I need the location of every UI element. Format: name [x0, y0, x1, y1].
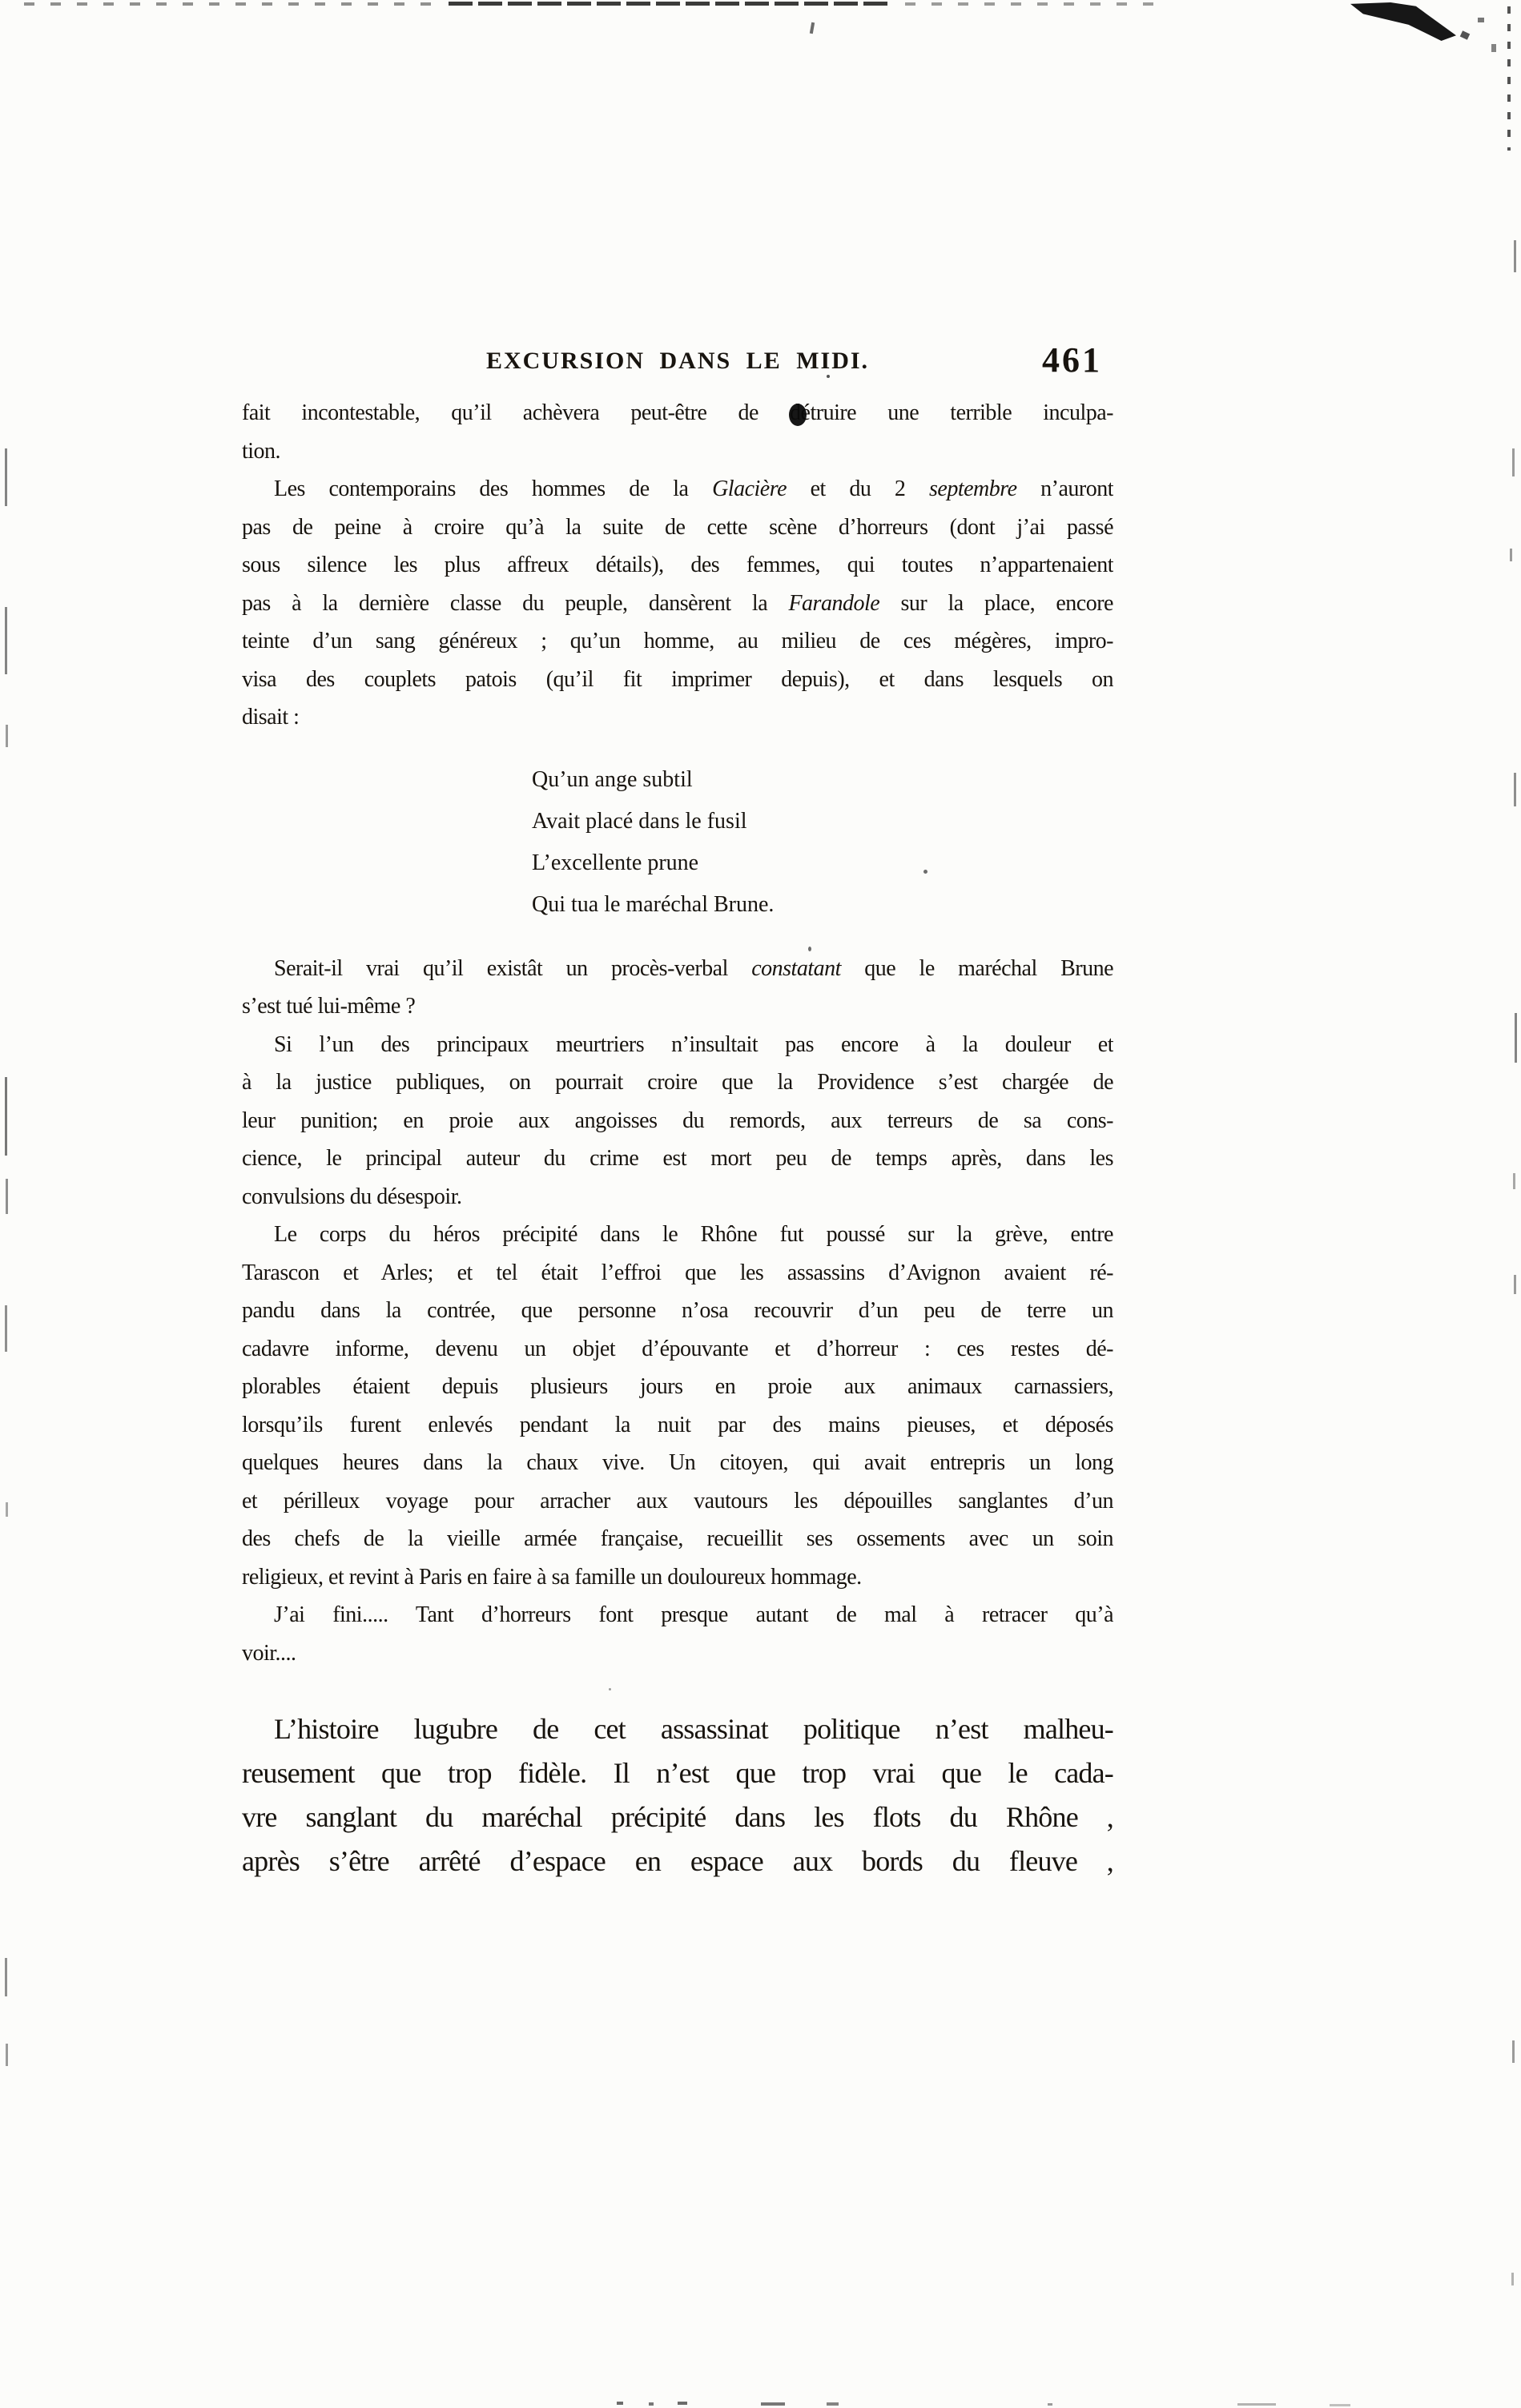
scan-mark-top-comma	[810, 22, 815, 34]
scan-tick-right	[1512, 448, 1515, 476]
scan-tick-left	[5, 448, 7, 506]
text-line: cience, le principal auteur du crime est…	[242, 1140, 1113, 1178]
scan-mark-right-edge-line	[1507, 6, 1511, 151]
text-line: L’histoire lugubre de cet assassinat pol…	[242, 1707, 1113, 1751]
scan-speck-bottom	[649, 2402, 654, 2406]
scan-speck-bottom	[1048, 2403, 1052, 2406]
text-line: leur punition; en proie aux angoisses du…	[242, 1102, 1113, 1140]
scan-tick-left	[5, 1305, 7, 1352]
paragraph: Serait-il vrai qu’il existât un procès-v…	[242, 950, 1113, 1026]
text-line: Si l’un des principaux meurtriers n’insu…	[242, 1026, 1113, 1064]
paragraph: fait incontestable, qu’il achèvera peut-…	[242, 394, 1113, 470]
scan-speck	[1460, 30, 1470, 39]
scan-tick-right	[1514, 240, 1516, 272]
scan-speck-bottom	[617, 2402, 623, 2405]
ink-dot	[923, 870, 927, 874]
text-line: visa des couplets patois (qu’il fit impr…	[242, 661, 1113, 699]
scan-speck-bottom	[1237, 2403, 1276, 2406]
text-line: plorables étaient depuis plusieurs jours…	[242, 1368, 1113, 1406]
text-block: fait incontestable, qu’il achèvera peut-…	[242, 394, 1113, 1883]
scan-tick-left	[6, 725, 8, 747]
verse-block: Qu’un ange subtilAvait placé dans le fus…	[532, 759, 1113, 926]
text-line: fait incontestable, qu’il achèvera peut-…	[242, 394, 1113, 432]
scan-ink-wedge	[1350, 2, 1456, 41]
scan-mark-top-edge-center	[449, 2, 893, 6]
page-number: 461	[1042, 340, 1102, 380]
scanned-book-page: EXCURSION DANS LE MIDI. 461 fait inconte…	[0, 0, 1521, 2408]
text-line: reusement que trop fidèle. Il n’est que …	[242, 1751, 1113, 1795]
scan-tick-right	[1515, 1013, 1517, 1063]
closing-paragraph: L’histoire lugubre de cet assassinat pol…	[242, 1707, 1113, 1883]
text-line: à la justice publiques, on pourrait croi…	[242, 1063, 1113, 1102]
scan-tick-left	[5, 1077, 7, 1156]
ink-blot	[789, 404, 807, 426]
scan-tick-right	[1513, 1173, 1515, 1189]
text-line: Qui tua le maréchal Brune.	[532, 884, 1113, 926]
scan-tick-left	[5, 607, 7, 674]
text-line: religieux, et revint à Paris en faire à …	[242, 1558, 1113, 1597]
scan-tick-right	[1512, 2040, 1515, 2063]
scan-tick-left	[5, 1958, 7, 1996]
scan-mark-top-edge-left	[24, 2, 441, 6]
text-line: sous silence les plus affreux détails), …	[242, 546, 1113, 585]
scan-speck-bottom	[1330, 2404, 1350, 2406]
text-line: après s’être arrêté d’espace en espace a…	[242, 1839, 1113, 1883]
scan-tick-right	[1514, 1275, 1516, 1294]
text-line: convulsions du désespoir.	[242, 1178, 1113, 1216]
ink-dot	[609, 1688, 611, 1690]
scan-speck-bottom	[761, 2402, 785, 2406]
scan-speck	[1478, 18, 1484, 22]
paragraph: Le corps du héros précipité dans le Rhôn…	[242, 1216, 1113, 1596]
scan-tick-left	[6, 1502, 8, 1517]
ink-dot	[827, 375, 830, 378]
ink-dot	[808, 947, 811, 951]
scan-tick-right	[1511, 2273, 1514, 2285]
paragraph: Si l’un des principaux meurtriers n’insu…	[242, 1026, 1113, 1216]
scan-speck	[1491, 44, 1496, 52]
paragraph: Les contemporains des hommes de la Glaci…	[242, 470, 1113, 737]
text-line: lorsqu’ils furent enlevés pendant la nui…	[242, 1406, 1113, 1445]
text-line: et périlleux voyage pour arracher aux va…	[242, 1482, 1113, 1521]
scan-tick-right	[1514, 773, 1516, 806]
text-line: Qu’un ange subtil	[532, 759, 1113, 801]
paragraph: J’ai fini..... Tant d’horreurs font pres…	[242, 1596, 1113, 1672]
text-line: vre sanglant du maréchal précipité dans …	[242, 1795, 1113, 1839]
text-line: s’est tué lui-même ?	[242, 987, 1113, 1026]
text-line: des chefs de la vieille armée française,…	[242, 1520, 1113, 1558]
text-line: L’excellente prune	[532, 842, 1113, 884]
scan-tick-right	[1510, 549, 1512, 561]
scan-tick-left	[6, 2044, 8, 2066]
text-line: J’ai fini..... Tant d’horreurs font pres…	[242, 1596, 1113, 1634]
text-line: Les contemporains des hommes de la Glaci…	[242, 470, 1113, 509]
text-line: pas à la dernière classe du peuple, dans…	[242, 585, 1113, 623]
text-line: voir....	[242, 1634, 1113, 1673]
scan-speck-bottom	[827, 2402, 839, 2406]
text-line: Serait-il vrai qu’il existât un procès-v…	[242, 950, 1113, 988]
scan-mark-top-edge-right	[905, 2, 1169, 6]
text-line: Avait placé dans le fusil	[532, 801, 1113, 842]
scan-speck-bottom	[678, 2402, 687, 2405]
scan-tick-left	[6, 1179, 8, 1214]
text-line: disait :	[242, 698, 1113, 737]
text-line: cadavre informe, devenu un objet d’épouv…	[242, 1330, 1113, 1369]
text-line: Tarascon et Arles; et tel était l’effroi…	[242, 1254, 1113, 1292]
page-header: EXCURSION DANS LE MIDI. 461	[242, 341, 1113, 386]
text-line: quelques heures dans la chaux vive. Un c…	[242, 1444, 1113, 1482]
text-line: teinte d’un sang généreux ; qu’un homme,…	[242, 622, 1113, 661]
running-title: EXCURSION DANS LE MIDI.	[486, 348, 869, 375]
text-line: Le corps du héros précipité dans le Rhôn…	[242, 1216, 1113, 1254]
text-line: tion.	[242, 432, 1113, 471]
text-line: pandu dans la contrée, que personne n’os…	[242, 1292, 1113, 1330]
text-line: pas de peine à croire qu’à la suite de c…	[242, 509, 1113, 547]
